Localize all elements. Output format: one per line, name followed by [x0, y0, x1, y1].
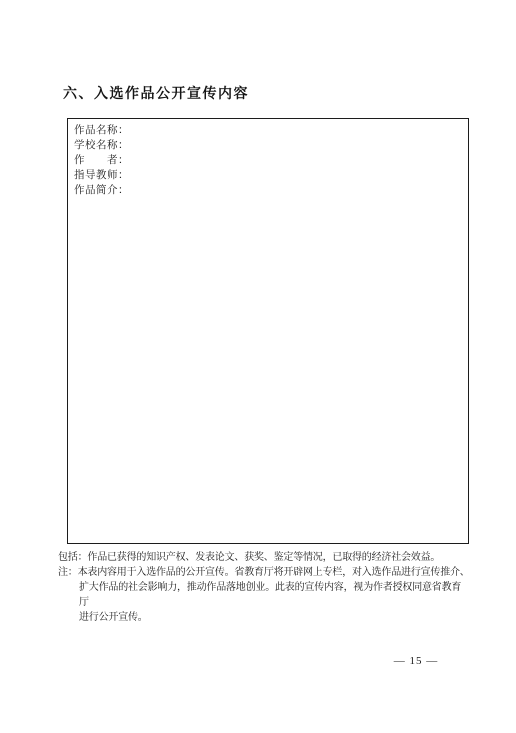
field-label-advisor: 指导教师：	[74, 168, 462, 183]
note-remark: 注：本表内容用于入选作品的公开宣传。省教育厅将开辟网上专栏，对入选作品进行宣传推…	[58, 565, 470, 625]
field-label-school-name: 学校名称：	[74, 138, 462, 153]
field-label-author: 作 者：	[74, 153, 462, 168]
page-number: — 15 —	[380, 655, 452, 667]
promo-content-box: 作品名称： 学校名称： 作 者： 指导教师： 作品简介：	[67, 118, 469, 544]
section-heading: 六、入选作品公开宣传内容	[63, 83, 249, 103]
field-label-work-name: 作品名称：	[74, 123, 462, 138]
note-include: 包括：作品已获得的知识产权、发表论文、获奖、鉴定等情况，已取得的经济社会效益。	[58, 550, 470, 565]
note-remark-label: 注：	[58, 567, 78, 578]
note-remark-text: 本表内容用于入选作品的公开宣传。省教育厅将开辟网上专栏，对入选作品进行宣传推介、…	[78, 567, 470, 623]
field-label-work-intro: 作品简介：	[74, 183, 462, 198]
document-page: 六、入选作品公开宣传内容 作品名称： 学校名称： 作 者： 指导教师： 作品简介…	[0, 0, 516, 733]
